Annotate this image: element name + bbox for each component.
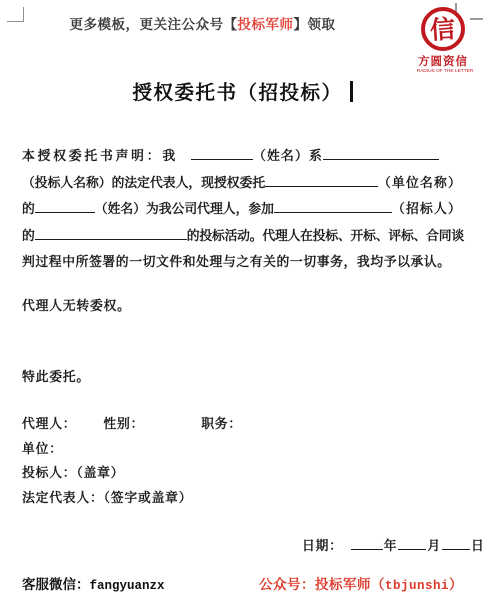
account-prefix: 公众号：投标军师（ <box>259 577 385 592</box>
blank-field-unit-name[interactable] <box>265 177 378 187</box>
blank-field-project[interactable] <box>35 230 187 240</box>
blank-field-day[interactable] <box>442 540 470 550</box>
body-text: 的 <box>22 198 35 217</box>
agent-label: 代理人： <box>22 413 76 432</box>
position-label: 职务： <box>201 413 242 432</box>
account-suffix: ） <box>449 577 463 592</box>
paragraph-no-subdelegation: 代理人无转委权。 <box>22 295 131 314</box>
body-text: （姓名）系 <box>253 145 323 164</box>
body-text: 判过程中所签署的一切文件和处理与之有关的一切事务，我均予以承认。 <box>22 251 451 270</box>
xin-seal-glyph-icon: 信 <box>430 16 457 43</box>
blank-field-name-1[interactable] <box>191 150 253 160</box>
account-id: tbjunshi <box>385 579 449 593</box>
document-page-canvas[interactable]: 更多模板，更关注公众号【投标军师】领取 信 方圆资信 RADIUS OF THE… <box>0 0 485 600</box>
body-text: （姓名）为我公司代理人，参加 <box>95 198 274 217</box>
body-text: （投标人名称）的法定代表人，现授权委托 <box>22 172 265 191</box>
document-title-text: 授权委托书（招投标） <box>132 82 342 104</box>
bidder-seal-label: 投标人：（盖章） <box>22 462 124 481</box>
seal-circle-icon: 信 <box>421 7 465 51</box>
blank-field-month[interactable] <box>398 540 426 550</box>
document-title: 授权委托书（招投标） <box>0 77 485 105</box>
body-line-4: 的 的投标活动。代理人在投标、开标、评标、合同谈 <box>22 225 462 252</box>
blank-field-year[interactable] <box>351 540 383 550</box>
blank-field-bidder-name[interactable] <box>323 150 439 160</box>
paragraph-hereby-entrust: 特此委托。 <box>22 366 90 385</box>
document-body: 本授权委托书声明：我 （姓名）系 （投标人名称）的法定代表人，现授权委托 （单位… <box>22 145 462 278</box>
blank-field-tenderer[interactable] <box>274 203 392 213</box>
header-note-brand: 投标军师 <box>238 17 294 32</box>
date-line: 日期： 年 月 日 <box>302 535 485 554</box>
body-line-3: 的 （姓名）为我公司代理人，参加 （招标人） <box>22 198 462 225</box>
body-line-1: 本授权委托书声明：我 （姓名）系 <box>22 145 462 172</box>
header-promo-note: 更多模板，更关注公众号【投标军师】领取 <box>0 13 405 33</box>
gender-label: 性别： <box>103 413 144 432</box>
text-cursor <box>350 81 353 102</box>
service-wechat-id: fangyuanzx <box>90 579 165 593</box>
body-line-5: 判过程中所签署的一切文件和处理与之有关的一切事务，我均予以承认。 <box>22 251 462 278</box>
day-unit: 日 <box>471 535 485 554</box>
legal-representative-label: 法定代表人：（签字或盖章） <box>22 487 192 506</box>
service-label: 客服微信： <box>22 577 90 592</box>
body-text: （招标人） <box>392 198 462 217</box>
header-note-suffix: 】领取 <box>294 17 336 32</box>
blank-field-agent-name[interactable] <box>35 203 95 213</box>
body-text: 本授权委托书声明：我 <box>22 145 178 164</box>
logo-brand-name: 方圆资信 <box>410 53 476 69</box>
footer-service-wechat: 客服微信：fangyuanzx <box>22 573 165 593</box>
year-unit: 年 <box>384 535 398 554</box>
month-unit: 月 <box>427 535 441 554</box>
date-label: 日期： <box>302 535 343 554</box>
header-note-prefix: 更多模板，更关注公众号【 <box>70 17 238 32</box>
body-text: 的投标活动。代理人在投标、开标、评标、合同谈 <box>187 225 464 244</box>
body-line-2: （投标人名称）的法定代表人，现授权委托 （单位名称） <box>22 172 462 199</box>
unit-label: 单位： <box>22 438 63 457</box>
body-text: （单位名称） <box>378 172 462 191</box>
footer-official-account: 公众号：投标军师（tbjunshi） <box>259 573 463 593</box>
body-text: 的 <box>22 225 35 244</box>
logo-tagline: RADIUS OF THE LETTER <box>417 69 470 74</box>
signature-fields-row: 代理人： 性别： 职务： <box>22 413 242 432</box>
fangyuan-logo: 信 方圆资信 RADIUS OF THE LETTER <box>410 7 476 75</box>
